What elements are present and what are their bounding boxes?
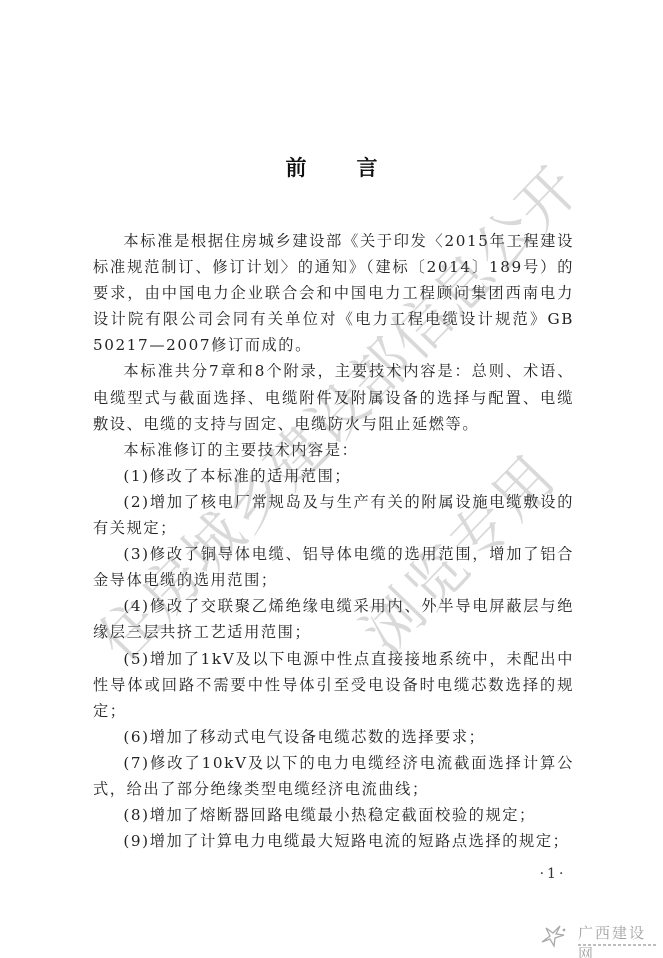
logo-name: 广西建设网 (578, 922, 660, 958)
logo-subtitle-line (578, 944, 658, 946)
revision-item: (9)增加了计算电力电缆最大短路电流的短路点选择的规定； (93, 828, 574, 854)
site-logo: 广西建设网 (540, 920, 660, 952)
revision-item: (7)修改了10kV及以下的电力电缆经济电流截面选择计算公式，给出了部分绝缘类型… (93, 750, 574, 802)
revision-item: (1)修改了本标准的适用范围； (93, 463, 574, 489)
revision-item: (2)增加了核电厂常规岛及与生产有关的附属设施电缆敷设的有关规定； (93, 489, 574, 541)
revision-item: (3)修改了铜导体电缆、铝导体电缆的选用范围，增加了铝合金导体电缆的选用范围； (93, 541, 574, 593)
document-page: 前言 本标准是根据住房城乡建设部《关于印发〈2015年工程建设标准规范制订、修订… (0, 0, 663, 958)
body-text: 本标准是根据住房城乡建设部《关于印发〈2015年工程建设标准规范制订、修订计划〉… (93, 228, 574, 854)
paragraph-intro: 本标准是根据住房城乡建设部《关于印发〈2015年工程建设标准规范制订、修订计划〉… (93, 228, 574, 358)
paragraph-revision-heading: 本标准修订的主要技术内容是： (93, 437, 574, 463)
revision-item: (6)增加了移动式电气设备电缆芯数的选择要求； (93, 724, 574, 750)
revision-item: (4)修改了交联聚乙烯绝缘电缆采用内、外半导电屏蔽层与绝缘层三层共挤工艺适用范围… (93, 593, 574, 645)
page-title: 前言 (0, 152, 663, 182)
title-char-1: 前 (286, 152, 307, 182)
page-number: ·1· (537, 866, 569, 882)
revision-item: (8)增加了熔断器回路电缆最小热稳定截面校验的规定； (93, 802, 574, 828)
title-char-2: 言 (357, 152, 378, 182)
paragraph-chapters: 本标准共分7章和8个附录，主要技术内容是：总则、术语、电缆型式与截面选择、电缆附… (93, 358, 574, 436)
revision-item: (5)增加了1kV及以下电源中性点直接接地系统中，未配出中性导体或回路不需要中性… (93, 646, 574, 724)
star-swoosh-icon (540, 922, 566, 948)
